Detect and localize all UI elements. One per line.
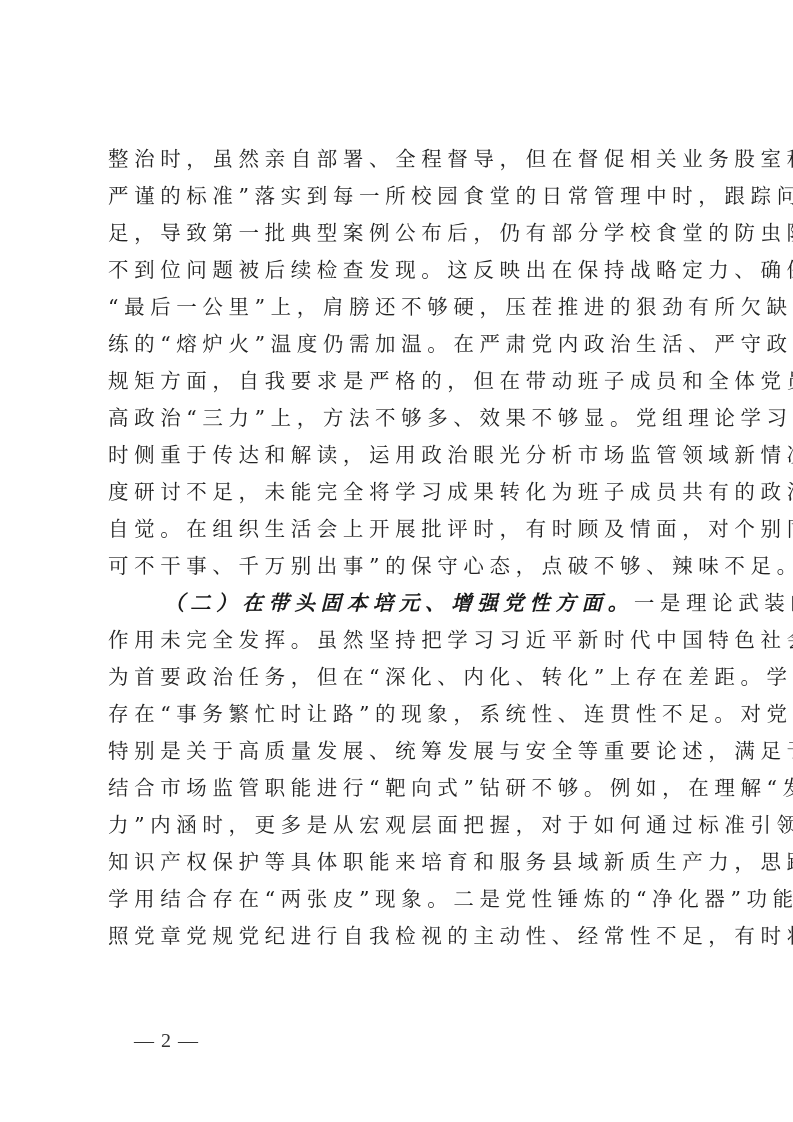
text-line: 结合市场监管职能进行“靶向式”钻研不够。例如，在理解“发展新质生产 <box>108 770 698 807</box>
section-heading: （二）在带头固本培元、增强党性方面。 <box>164 591 634 615</box>
text-line: 力”内涵时，更多是从宏观层面把握，对于如何通过标准引领、质量提升、 <box>108 807 698 844</box>
document-page: 整治时，虽然亲自部署、全程督导，但在督促相关业务股室和基层所将“最 严谨的标准”… <box>0 0 793 1122</box>
text-line: 知识产权保护等具体职能来培育和服务县域新质生产力，思路不够开阔， <box>108 844 698 881</box>
text-line: 足，导致第一批典型案例公布后，仍有部分学校食堂的防虫防鼠设施整改 <box>108 215 698 252</box>
document-body: 整治时，虽然亲自部署、全程督导，但在督促相关业务股室和基层所将“最 严谨的标准”… <box>108 141 698 955</box>
text-line: 照党章党规党纪进行自我检视的主动性、经常性不足，有时将工作忙碌作 <box>108 918 698 955</box>
text-line: 自觉。在组织生活会上开展批评时，有时顾及情面，对个别同志存在的“宁 <box>108 511 698 548</box>
text-line: 存在“事务繁忙时让路”的现象，系统性、连贯性不足。对党的创新理论， <box>108 696 698 733</box>
text-line: 规矩方面，自我要求是严格的，但在带动班子成员和全体党员干部共同提 <box>108 363 698 400</box>
text-line: 练的“熔炉火”温度仍需加温。在严肃党内政治生活、严守政治纪律和政治 <box>108 326 698 363</box>
text-line: 学用结合存在“两张皮”现象。二是党性锤炼的“净化器”功能偶有懈怠。对 <box>108 881 698 918</box>
text-line: 时侧重于传达和解读，运用政治眼光分析市场监管领域新情况新问题的深 <box>108 437 698 474</box>
text-line: 特别是关于高质量发展、统筹发展与安全等重要论述，满足于通读和了解， <box>108 733 698 770</box>
section-heading-line: （二）在带头固本培元、增强党性方面。一是理论武装的“压舱石” <box>108 585 698 622</box>
text-line: 严谨的标准”落实到每一所校园食堂的日常管理中时，跟踪问效的韧劲不 <box>108 178 698 215</box>
text-line: “最后一公里”上，肩膀还不够硬，压茬推进的狠劲有所欠缺。三是政治历 <box>108 289 698 326</box>
text-line: 整治时，虽然亲自部署、全程督导，但在督促相关业务股室和基层所将“最 <box>108 141 698 178</box>
text-line: 可不干事、千万别出事”的保守心态，点破不够、辣味不足。 <box>108 548 698 585</box>
text-line: 作用未完全发挥。虽然坚持把学习习近平新时代中国特色社会主义思想作 <box>108 622 698 659</box>
section-heading-continuation: 一是理论武装的“压舱石” <box>634 591 793 615</box>
page-number: — 2 — <box>134 1030 199 1053</box>
text-line: 为首要政治任务，但在“深化、内化、转化”上存在差距。学习计划执行中， <box>108 659 698 696</box>
text-line: 不到位问题被后续检查发现。这反映出在保持战略定力、确保政令畅通的 <box>108 252 698 289</box>
text-line: 高政治“三力”上，方法不够多、效果不够显。党组理论学习中心组学习有 <box>108 400 698 437</box>
text-line: 度研讨不足，未能完全将学习成果转化为班子成员共有的政治能力和行动 <box>108 474 698 511</box>
